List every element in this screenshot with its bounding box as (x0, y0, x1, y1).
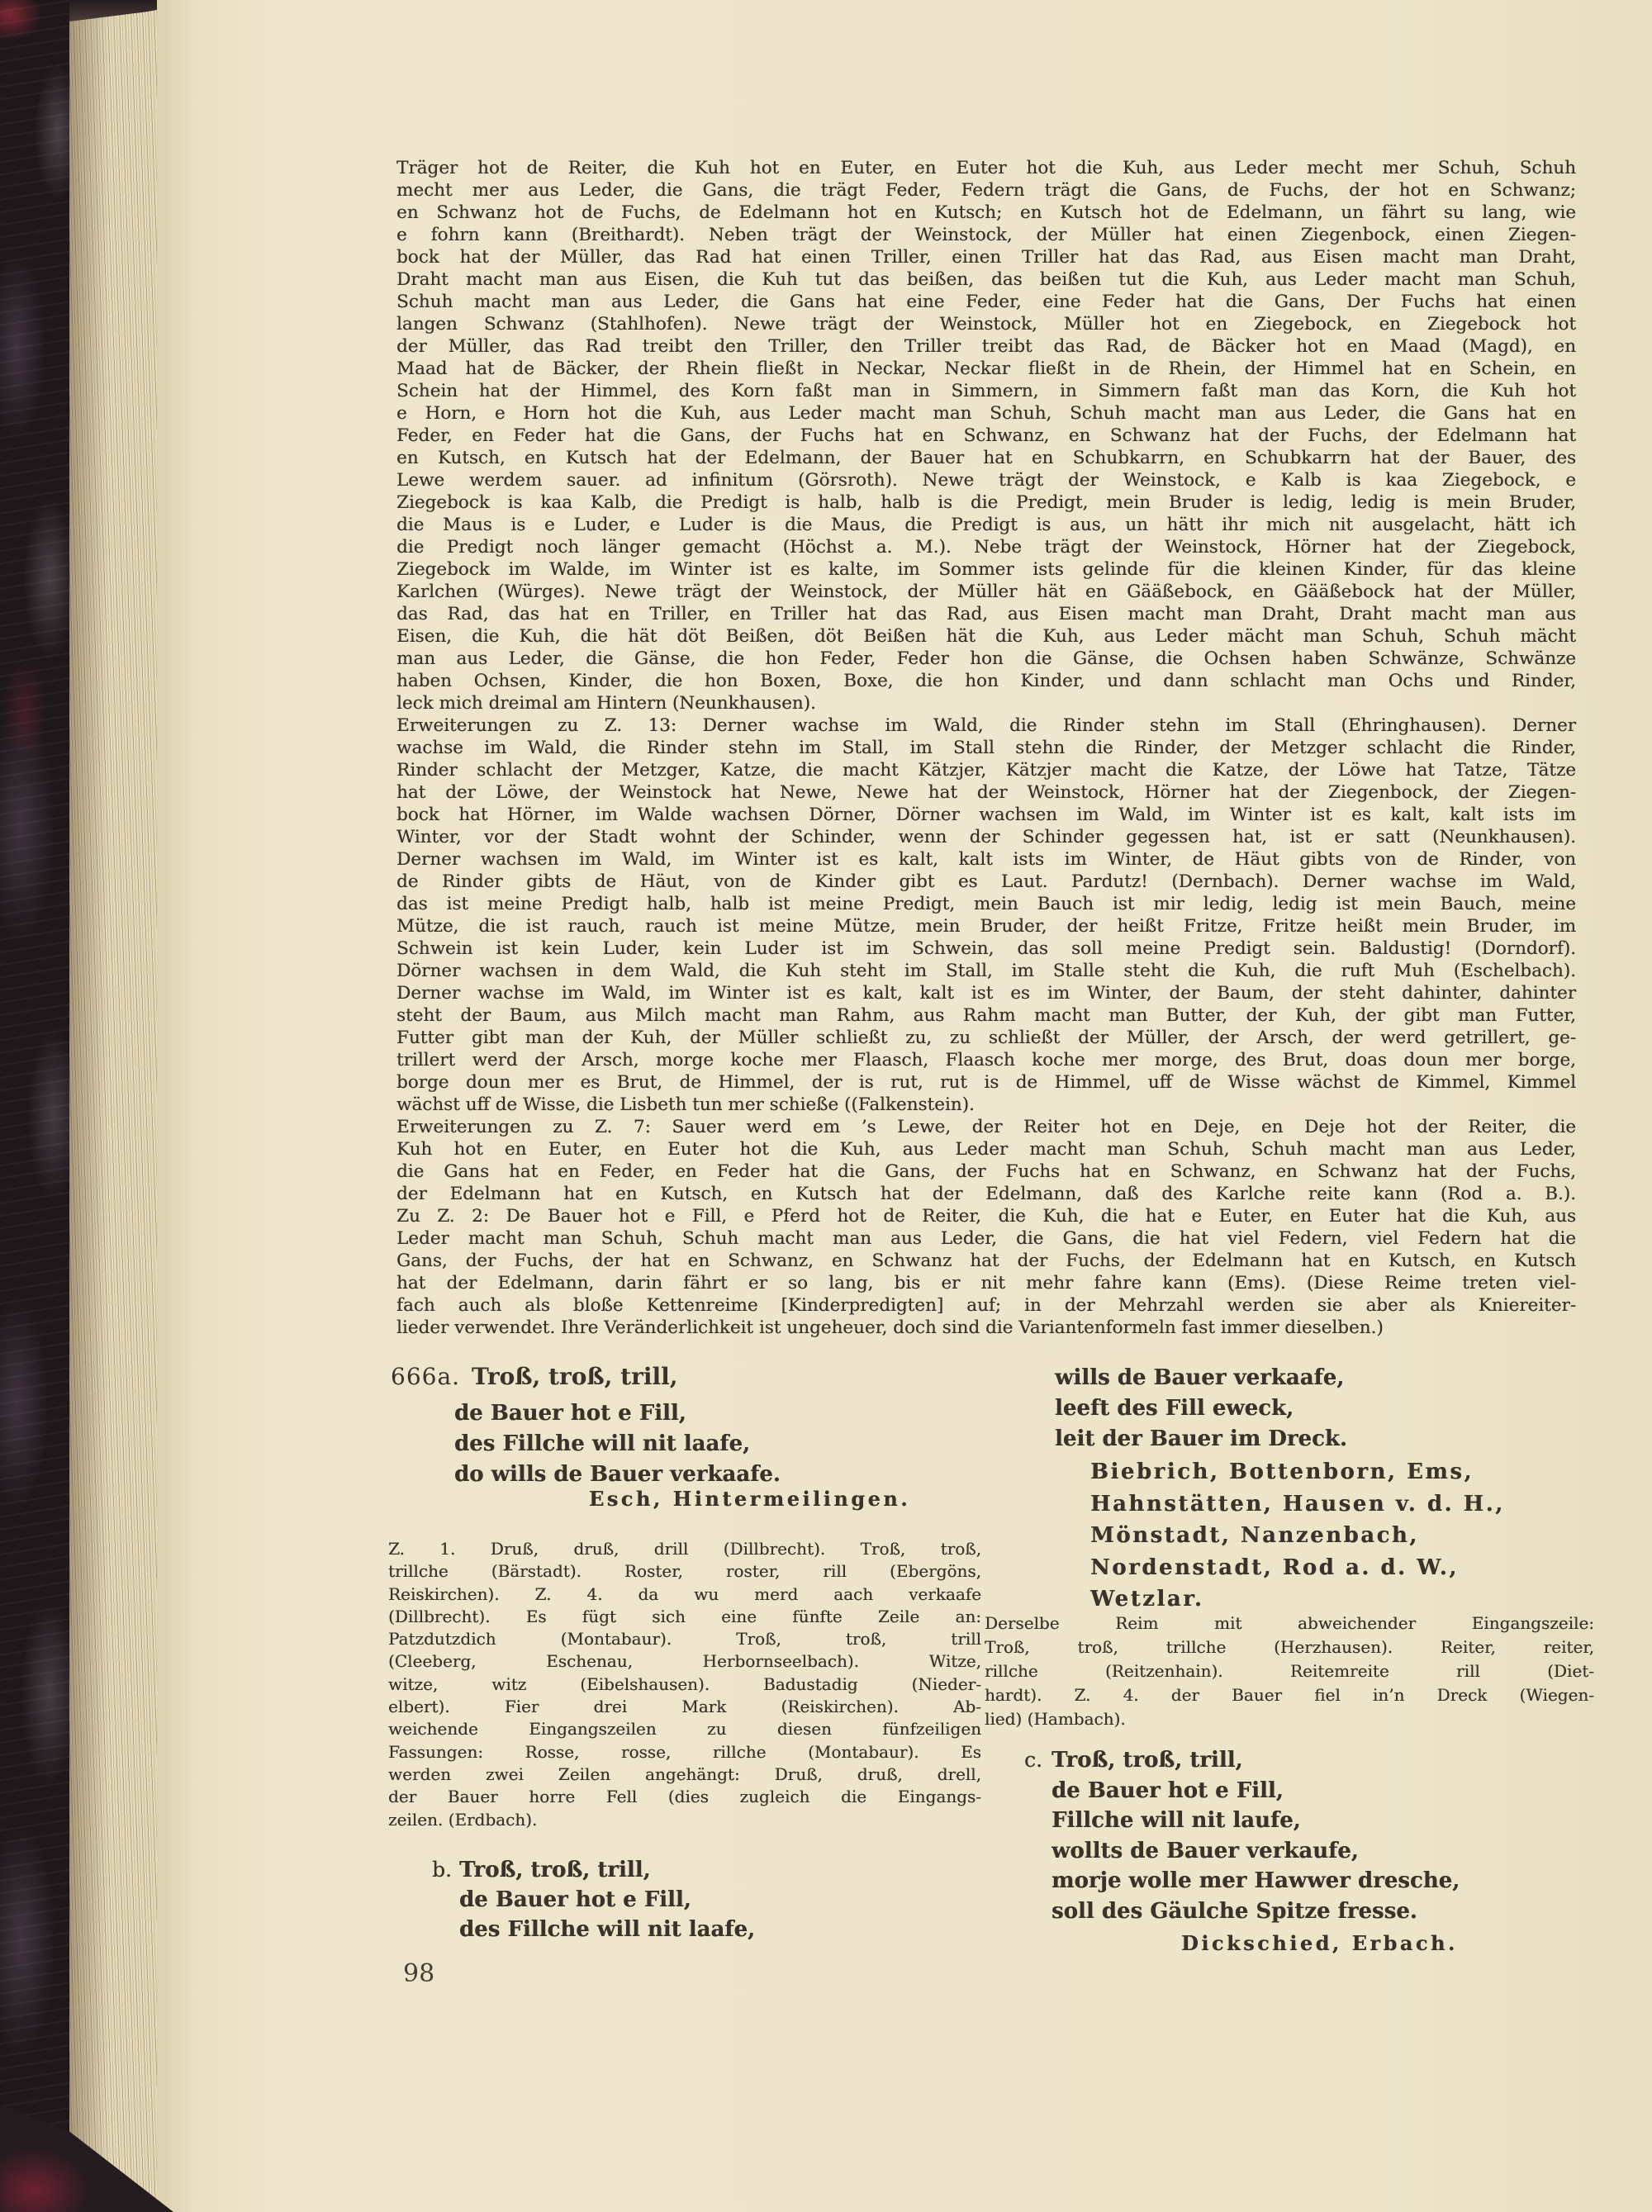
text-line: Schwein ist kein Luder, kein Luder ist i… (396, 937, 1576, 960)
text-line: zeilen. (Erdbach). (388, 1809, 981, 1831)
text-line: werden zwei Zeilen angehängt: Druß, druß… (388, 1763, 981, 1786)
text-line: Biebrich, Bottenborn, Ems, (1090, 1456, 1505, 1488)
text-line: des Fillche will nit laafe, (459, 1915, 755, 1944)
song-666a-attribution-left: Esch, Hintermeilingen. (589, 1487, 910, 1511)
text-line: bock hat Hörner, im Walde wachsen Dörner… (396, 804, 1576, 826)
text-line: de Bauer hot e Fill, (454, 1398, 781, 1429)
text-line: de Rinder gibts de Häut, von de Kinder g… (396, 871, 1576, 893)
text-line: e Horn, e Horn hot die Kuh, aus Leder ma… (396, 402, 1576, 425)
text-line: Mütze, die ist rauch, rauch ist meine Mü… (396, 915, 1576, 937)
text-line: Lewe werdem sauer. ad infinitum (Görsrot… (396, 469, 1576, 491)
text-line: Träger hot de Reiter, die Kuh hot en Eut… (396, 157, 1576, 179)
book-page: Träger hot de Reiter, die Kuh hot en Eut… (157, 0, 1652, 2212)
text-line: wollts de Bauer verkaufe, (1051, 1836, 1460, 1867)
text-line: Leder macht man Schuh, Schuh macht man a… (396, 1227, 1576, 1250)
song-666a-heading: 666a.Troß, troß, trill, (391, 1363, 678, 1390)
text-line: Winter, vor der Stadt wohnt der Schinder… (396, 826, 1576, 848)
text-line: leit der Bauer im Dreck. (1055, 1424, 1347, 1455)
text-line: elbert). Fier drei Mark (Reiskirchen). A… (388, 1696, 981, 1718)
text-line: wächst uff de Wisse, die Lisbeth tun mer… (396, 1094, 1576, 1116)
verse-b: b. Troß, troß, trill,de Bauer hot e Fill… (432, 1855, 755, 1944)
text-line: Zu Z. 2: De Bauer hot e Fill, e Pferd ho… (396, 1205, 1576, 1227)
text-line: Eisen, die Kuh, die hät döt Beißen, döt … (396, 625, 1576, 648)
text-line: Patzdutzdich (Montabaur). Troß, troß, tr… (388, 1628, 981, 1650)
text-line: der Müller, das Rad treibt den Triller, … (396, 335, 1576, 358)
main-text-block: Träger hot de Reiter, die Kuh hot en Eut… (396, 157, 1576, 1339)
text-line: die Gans hat en Feder, en Feder hat die … (396, 1161, 1576, 1183)
verse-c-label: c. (1024, 1745, 1042, 1776)
song-666a-first-line: Troß, troß, trill, (472, 1363, 677, 1390)
text-line: haben Ochsen, Kinder, die hon Boxen, Box… (396, 670, 1576, 692)
text-line: hardt). Z. 4. der Bauer fiel in’n Dreck … (985, 1683, 1594, 1707)
text-line: des Fillche will nit laafe, (454, 1429, 781, 1460)
song-666a-verse-right: wills de Bauer verkaafe,leeft des Fill e… (1055, 1363, 1347, 1455)
book-page-photo: Träger hot de Reiter, die Kuh hot en Eut… (0, 0, 1652, 2212)
text-line: das ist meine Predigt halb, halb ist mei… (396, 893, 1576, 915)
text-line: Ziegebock im Walde, im Winter ist es kal… (396, 558, 1576, 581)
verse-c: c. Troß, troß, trill,de Bauer hot e Fill… (1024, 1745, 1460, 1926)
text-line: soll des Gäulche Spitze fresse. (1051, 1896, 1460, 1927)
text-line: Mönstadt, Nanzenbach, (1090, 1520, 1505, 1552)
text-line: rillche (Reitzenhain). Reitemreite rill … (985, 1659, 1594, 1683)
text-line: Derner wachse im Wald, im Winter ist es … (396, 982, 1576, 1004)
text-line: Rinder schlacht der Metzger, Katze, die … (396, 759, 1576, 781)
text-line: man aus Leder, die Gänse, die hon Feder,… (396, 648, 1576, 670)
text-line: fach auch als bloße Kettenreime [Kinderp… (396, 1294, 1576, 1317)
text-line: lied) (Hambach). (985, 1707, 1594, 1731)
text-line: Wetzlar. (1090, 1583, 1505, 1616)
text-line: die Maus is e Luder, e Luder is die Maus… (396, 514, 1576, 536)
text-line: Feder, en Feder hat die Gans, der Fuchs … (396, 425, 1576, 447)
text-line: Gans, der Fuchs, der hat en Schwanz, en … (396, 1250, 1576, 1272)
text-line: wills de Bauer verkaafe, (1055, 1363, 1347, 1393)
book-cover-spine (0, 0, 69, 2212)
text-line: Ziegebock is kaa Kalb, die Predigt is ha… (396, 491, 1576, 514)
text-line: Derselbe Reim mit abweichender Eingangsz… (985, 1612, 1594, 1635)
text-line: morje wolle mer Hawwer dresche, (1051, 1866, 1460, 1896)
text-line: Fillche will nit laufe, (1051, 1806, 1460, 1836)
text-line: Schein hat der Himmel, des Korn faßt man… (396, 380, 1576, 402)
text-line: wachse im Wald, die Rinder stehn im Stal… (396, 737, 1576, 759)
text-line: mecht mer aus Leder, die Gans, die trägt… (396, 179, 1576, 202)
text-line: de Bauer hot e Fill, (459, 1885, 755, 1915)
text-line: Draht macht man aus Eisen, die Kuh tut d… (396, 268, 1576, 291)
text-line: steht der Baum, aus Milch macht man Rahm… (396, 1004, 1576, 1027)
verse-c-attribution: Dickschied, Erbach. (1181, 1931, 1458, 1955)
text-line: witze, witz (Eibelshausen). Badustadig (… (388, 1673, 981, 1696)
text-line: hat der Löwe, der Weinstock hat Newe, Ne… (396, 781, 1576, 804)
text-line: hat der Edelmann, darin fährt er so lang… (396, 1272, 1576, 1294)
text-line: Z. 1. Druß, druß, drill (Dillbrecht). Tr… (388, 1538, 981, 1560)
text-line: die Predigt noch länger gemacht (Höchst … (396, 536, 1576, 558)
text-line: trillert werd der Arsch, morge koche mer… (396, 1049, 1576, 1071)
text-line: Troß, troß, trill, (1051, 1745, 1460, 1776)
text-line: Nordenstadt, Rod a. d. W., (1090, 1552, 1505, 1584)
text-line: en Kutsch, en Kutsch hat der Edelmann, d… (396, 447, 1576, 469)
text-line: Maad hat de Bäcker, der Rhein fließt in … (396, 358, 1576, 380)
text-line: das Rad, das hat en Triller, en Triller … (396, 603, 1576, 625)
text-line: Hahnstätten, Hausen v. d. H., (1090, 1488, 1505, 1521)
variant-notes-right: Derselbe Reim mit abweichender Eingangsz… (985, 1612, 1594, 1731)
song-666a-verse-left: de Bauer hot e Fill,des Fillche will nit… (454, 1398, 781, 1490)
verse-b-label: b. (432, 1855, 452, 1885)
song-number: 666a. (391, 1363, 460, 1390)
text-line: Troß, troß, trill, (459, 1855, 755, 1885)
text-line: Schuh macht man aus Leder, die Gans hat … (396, 291, 1576, 313)
text-line: der Bauer horre Fell (dies zugleich die … (388, 1786, 981, 1808)
page-number: 98 (403, 1959, 434, 1988)
text-line: leeft des Fill eweck, (1055, 1393, 1347, 1424)
text-line: (Dillbrecht). Es fügt sich eine fünfte Z… (388, 1606, 981, 1628)
text-line: Reiskirchen). Z. 4. da wu merd aach verk… (388, 1583, 981, 1606)
text-line: weichende Eingangszeilen zu diesen fünfz… (388, 1718, 981, 1740)
text-line: (Cleeberg, Eschenau, Herbornseelbach). W… (388, 1650, 981, 1673)
text-line: e fohrn kann (Breithardt). Neben trägt d… (396, 224, 1576, 246)
text-line: do wills de Bauer verkaafe. (454, 1460, 781, 1490)
text-line: Fassungen: Rosse, rosse, rillche (Montab… (388, 1741, 981, 1763)
text-line: de Bauer hot e Fill, (1051, 1776, 1460, 1806)
text-line: bock hat der Müller, das Rad hat einen T… (396, 246, 1576, 268)
verse-b-lines: Troß, troß, trill,de Bauer hot e Fill,de… (459, 1855, 755, 1944)
text-line: Erweiterungen zu Z. 13: Derner wachse im… (396, 714, 1576, 737)
text-line: en Schwanz hot de Fuchs, de Edelmann hot… (396, 202, 1576, 224)
text-line: Derner wachsen im Wald, im Winter ist es… (396, 848, 1576, 871)
text-line: leck mich dreimal am Hintern (Neunkhause… (396, 692, 1576, 714)
text-line: Futter gibt man der Kuh, der Müller schl… (396, 1027, 1576, 1049)
variant-notes-left: Z. 1. Druß, druß, drill (Dillbrecht). Tr… (388, 1538, 981, 1831)
page-stack-edges (69, 0, 157, 2212)
text-line: der Edelmann hat en Kutsch, en Kutsch ha… (396, 1183, 1576, 1205)
text-line: trillche (Bärstadt). Roster, roster, ril… (388, 1560, 981, 1583)
text-line: Karlchen (Würges). Newe trägt der Weinst… (396, 581, 1576, 603)
text-line: borge doun mer es Brut, de Himmel, der i… (396, 1071, 1576, 1094)
verse-c-lines: Troß, troß, trill,de Bauer hot e Fill,Fi… (1051, 1745, 1460, 1926)
text-line: Kuh hot en Euter, en Euter hot die Kuh, … (396, 1138, 1576, 1161)
text-line: Troß, troß, trillche (Herzhausen). Reite… (985, 1635, 1594, 1659)
text-line: Dörner wachsen in dem Wald, die Kuh steh… (396, 960, 1576, 982)
song-666a-place-list: Biebrich, Bottenborn, Ems,Hahnstätten, H… (1090, 1456, 1505, 1616)
text-line: langen Schwanz (Stahlhofen). Newe trägt … (396, 313, 1576, 335)
text-line: lieder verwendet. Ihre Veränderlichkeit … (396, 1317, 1576, 1339)
text-line: Erweiterungen zu Z. 7: Sauer werd em ’s … (396, 1116, 1576, 1138)
